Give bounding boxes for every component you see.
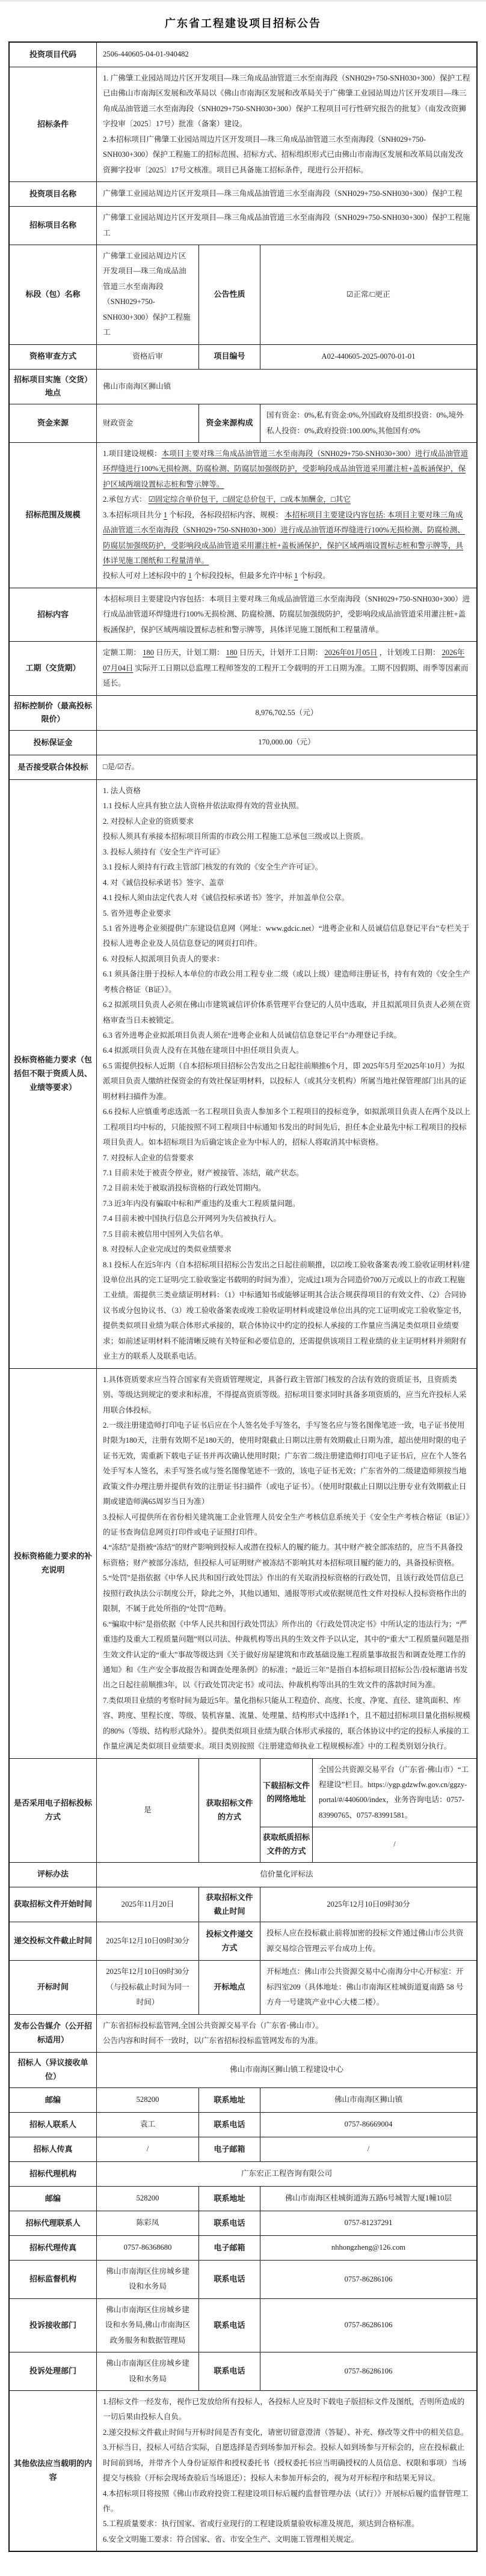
text-line: 佛山市南海区住房城乡建设和水务局,佛山市南海区政务服务和数据管理局 (103, 2303, 192, 2348)
cell-content: 佛山市南海区狮山镇 (103, 379, 470, 394)
row-label: 招标控制价（最高投标限价） (10, 696, 96, 731)
text-line: 6. 对投标人拟派项目负责人的要求： (103, 952, 470, 967)
cell-content: 2025年12月10日09时30分（与投标截止时间为同一时间） (103, 1964, 192, 2010)
text-line: 财政资金 (103, 416, 192, 431)
row-label: 招标项目实施（交货）地点 (10, 370, 96, 404)
cell-content: □是/☑否。 (103, 760, 470, 775)
text-line: 4.1 投标人须由法定代表人对《诚信投标承诺书》签字，并加盖单位公章。 (103, 891, 470, 906)
text-segment: ☑固定综合单价包干，□固定总价包干，□成本加酬金，□其它 (149, 495, 351, 504)
row-label-2: 开标地点 (198, 1961, 260, 2014)
row-value: 广佛肇工业园站周边片区开发项目—珠三角成品油管道三水至南海段（SNH029+75… (96, 207, 476, 245)
row-value: 定额工期： 180 日历天，计划工期： 180 日历天，计划开工日期： 2026… (96, 642, 476, 695)
row-value: □是/☑否。 (96, 755, 476, 779)
text-line: 佛山市南海区住房城乡建设和水务局 (103, 2356, 192, 2387)
row-value: 佛山市南海区狮山镇 (96, 370, 476, 404)
row-label: 资金来源 (10, 404, 96, 442)
text-line: 1.1 投标人应具有独立法人资格并依法取得有效的营业执照。 (103, 799, 470, 814)
text-line: 佛山市南海区狮山镇 (266, 2092, 470, 2107)
text-line: 2025年12月10日09时30分（与投标截止时间为同一时间） (103, 1964, 192, 2010)
text-segment: 日历天，计划开工日期： (238, 648, 325, 657)
row-label-2: 获取招标文件的方式 (198, 1759, 260, 1862)
text-line: / (103, 2142, 192, 2157)
row-label: 投标资格能力要求的补充说明 (10, 1369, 96, 1758)
cell-content: 投标人应在投标截止前将加密的投标文件通过佛山市公共资源交易综合管理云平台成功上传… (266, 1926, 470, 1956)
row-label: 投标资格能力要求（包括但不限于资质人员、业绩等要求） (10, 780, 96, 1368)
row-value-1: / (96, 2137, 198, 2161)
cell-content: 170,000.00（元） (103, 735, 470, 750)
cell-content: 广佛肇工业园站周边片区开发项目—珠三角成品油管道三水至南海段（SNH029+75… (103, 249, 192, 341)
row-label: 投诉接收部门 (10, 2299, 96, 2352)
text-line: 2025年11月20日 (103, 1897, 192, 1912)
text-line: 2.本招标项目广佛肇工业园站周边片区开发项目—珠三角成品油管道三水至南海段（SN… (103, 132, 470, 178)
text-line: 5.1 省外进粤企业须提供广东建设信息网（网址：www.gdcic.net）“进… (103, 921, 470, 952)
text-line: 6.6 投标人应慎重考虑选派一名工程项目负责人参加多个工程项目的投标竞争，如拟派… (103, 1104, 470, 1150)
row-label: 招标范围及规模 (10, 443, 96, 588)
document-access-subrow: 下载招标文件的网络地址全国公共资源交易平台（广东省·佛山市）“工程建设”栏目。h… (260, 1759, 476, 1827)
text-line: 2.一级注册建造师打印电子证书后应在个人签名处手写签名，手写签名应与签名图像笔迹… (103, 1418, 470, 1510)
row-document-obtain-time: 获取招标文件开始时间2025年11月20日获取招标文件截止时间2025年12月1… (10, 1887, 476, 1922)
text-line: A02-440605-2025-0070-01-01 (266, 349, 470, 364)
row-label-2: 资金来源构成 (198, 404, 260, 442)
row-tender-content: 招标内容本招标项目主要建设内容包括：本项目主要对珠三角成品油管道三水至南海段（S… (10, 588, 476, 641)
row-supervision-agency: 招标监督机构佛山市南海区住房城乡建设和水务局联系电话0757-86286106 (10, 2260, 476, 2298)
document-access-subtable: 下载招标文件的网络地址全国公共资源交易平台（广东省·佛山市）“工程建设”栏目。h… (260, 1759, 476, 1862)
row-consortium-bid: 是否接受联合体投标□是/☑否。 (10, 755, 476, 779)
text-line: 3.1 投标人须持有行政主管部门核发的有效的《安全生产许可证》。 (103, 860, 470, 875)
text-line: 0757-86286106 (266, 2364, 470, 2379)
text-line: 佛山市南海区狮山镇 (103, 379, 470, 394)
cell-content: 1. 广佛肇工业园站周边片区开发项目—珠三角成品油管道三水至南海段（SNH029… (103, 71, 470, 178)
text-line: 本招标项目主要建设内容包括：本项目主要对珠三角成品油管道三水至南海段（SNH02… (103, 592, 470, 638)
row-agency-fax: 招标代理传真0757-86368680电子邮箱nhhongzheng@126.c… (10, 2235, 476, 2260)
text-line: 7.3 近3年内没有骗取中标和严重违约及重大工程质量问题。 (103, 1196, 470, 1211)
text-line: 3.开标当日，投标人可结合实际，自愿选择是否到场参加开标会。投标人如到场参与开标… (103, 2440, 470, 2486)
row-label: 工期（交货期） (10, 642, 96, 695)
row-value-1: 袁工 (96, 2113, 198, 2137)
text-line: 全国公共资源交易平台（广东省·佛山市）“工程建设”栏目。https://ygp.… (319, 1762, 470, 1824)
row-value-2: 0757-86286106 (260, 2299, 476, 2352)
row-label-2: 项目编号 (198, 345, 260, 369)
row-label-2: 投标文件递交方式 (198, 1922, 260, 1960)
row-label-2: 联系电话 (198, 2211, 260, 2235)
text-line: 开标地点：佛山市公共资源交易中心南海分中心开标室：开标四室209（具体地址：佛山… (266, 1964, 470, 2010)
row-value-2: 0757-81237291 (260, 2211, 476, 2235)
cell-content: A02-440605-2025-0070-01-01 (266, 349, 470, 364)
row-value-1: 财政资金 (96, 404, 198, 442)
text-line: 1. 法人资格 (103, 784, 470, 799)
row-label: 是否接受联合体投标 (10, 755, 96, 779)
row-evaluation-method: 评标办法信价量化评标法 (10, 1862, 476, 1887)
text-line: 6.2 拟派项目负责人必须在佛山市建筑诚信评价体系管理平台登记的人员中选取，并且… (103, 997, 470, 1028)
text-line: 2.承包方式： ☑固定综合单价包干，□固定总价包干，□成本加酬金，□其它 (103, 492, 470, 507)
row-complaint-receiving: 投诉接收部门佛山市南海区住房城乡建设和水务局,佛山市南海区政务服务和数据管理局联… (10, 2298, 476, 2352)
cell-content: ☑正常/□更正 (266, 287, 470, 302)
text-line: 广东省招标投标监管网,全国公共资源交易平台（广东省·佛山市）。 (103, 2018, 470, 2033)
row-tenderer-fax: 招标人传真/电子邮箱/ (10, 2137, 476, 2161)
text-line: 佛山市南海区住房城乡建设和水务局 (103, 2264, 192, 2295)
cell-content: 1.项目建设规模：本项目主要对珠三角成品油管道三水至南海段（SNH029+750… (103, 446, 470, 584)
row-tenderer: 招标人（异议接收单位）佛山市南海区狮山镇工程建设中心 (10, 2052, 476, 2087)
text-line: □是/☑否。 (103, 760, 470, 775)
row-label: 发布公告媒介（公开招标适用） (10, 2015, 96, 2053)
row-label: 投资项目代码 (10, 43, 96, 67)
row-label: 投资项目名称 (10, 182, 96, 206)
row-value: 信价量化评标法 (96, 1863, 476, 1887)
cell-content: 佛山市南海区桂城街道海五路6号城智大厦1幢10层 (266, 2191, 470, 2206)
row-value: 8,976,702.55（元） (96, 696, 476, 731)
text-line: 6.1 须具备注册于投标人本单位的市政公用工程专业二级（或以上级）建造师注册证书… (103, 967, 470, 997)
text-line: 1.具体资质要求应当符合国家有关资质管理规定，具备行政主管部门核发的合法有效的资… (103, 1372, 470, 1418)
row-control-price: 招标控制价（最高投标限价）8,976,702.55（元） (10, 695, 476, 731)
row-label: 招标项目名称 (10, 207, 96, 245)
row-value-2: 0757-86286106 (260, 2261, 476, 2298)
text-line: 8. 对投标人企业完成过的类似业绩要求 (103, 1242, 470, 1257)
row-tenderer-postcode: 邮编528200联系地址佛山市南海区狮山镇 (10, 2087, 476, 2112)
row-bid-bond: 投标保证金170,000.00（元） (10, 730, 476, 755)
cell-content: 财政资金 (103, 416, 192, 431)
subrow-value: 全国公共资源交易平台（广东省·佛山市）“工程建设”栏目。https://ygp.… (312, 1759, 476, 1827)
row-electronic-bidding: 是否采用电子招标投标方式是获取招标文件的方式下载招标文件的网络地址全国公共资源交… (10, 1758, 476, 1862)
text-segment: 2.承包方式： (103, 495, 149, 504)
text-segment: 2026年01月05日 (324, 648, 377, 657)
text-line: 投标人须具有承接本招标项目所需的市政公用工程施工总承包三级或以上资质。 (103, 829, 470, 844)
text-line: 5.“处罚”是指依据《中华人民共和国行政处罚法》作出的有关取消投标资格的行政处罚… (103, 1571, 470, 1616)
row-announcement-media: 发布公告媒介（公开招标适用）广东省招标投标监管网,全国公共资源交易平台（广东省·… (10, 2014, 476, 2053)
row-value-2: nhhongzheng@126.com (260, 2236, 476, 2260)
row-bid-submission-deadline: 递交投标文件截止时间2025年12月10日09时30分投标文件递交方式投标人应在… (10, 1922, 476, 1960)
row-label: 投诉处理部门 (10, 2352, 96, 2390)
row-label: 标段（包）名称 (10, 245, 96, 344)
text-line: 170,000.00（元） (103, 735, 470, 750)
text-segment: 日历天，计划工期： (154, 648, 226, 657)
text-line: 广佛肇工业园站周边片区开发项目—珠三角成品油管道三水至南海段（SNH029+75… (103, 249, 192, 341)
cell-content: 佛山市南海区住房城乡建设和水务局,佛山市南海区政务服务和数据管理局 (103, 2303, 192, 2348)
text-segment: 3.本招标项目共分 (103, 511, 164, 519)
row-value-2: 开标地点：佛山市公共资源交易中心南海分中心开标室：开标四室209（具体地址：佛山… (260, 1961, 476, 2014)
row-value: 1.招标文件一经发布，视作已发放给所有投标人，各投标人应及时下载电子版招标文件及… (96, 2391, 476, 2551)
row-tender-conditions: 招标条件1. 广佛肇工业园站周边片区开发项目—珠三角成品油管道三水至南海段（SN… (10, 67, 476, 181)
text-line: 4.本招标项目将按照《佛山市政府投资工程建设项目标后履约监督管理办法（试行）》开… (103, 2486, 470, 2517)
cell-content: 2025年12月10日09时30分 (266, 1897, 470, 1912)
row-value-1: 广佛肇工业园站周边片区开发项目—珠三角成品油管道三水至南海段（SNH029+75… (96, 245, 198, 344)
row-scope-and-scale: 招标范围及规模1.项目建设规模：本项目主要对珠三角成品油管道三水至南海段（SNH… (10, 442, 476, 588)
text-segment: 个标段。 (298, 571, 330, 580)
text-segment: ，计划竣工日期： (378, 648, 442, 657)
cell-content: 本招标项目主要建设内容包括：本项目主要对珠三角成品油管道三水至南海段（SNH02… (103, 592, 470, 638)
row-value: 广佛肇工业园站周边片区开发项目—珠三角成品油管道三水至南海段（SNH029+75… (96, 182, 476, 206)
row-label: 开标时间 (10, 1961, 96, 2014)
cell-content: 佛山市南海区狮山镇工程建设中心 (103, 2062, 470, 2077)
row-value: 2506-440605-04-01-940482 (96, 43, 476, 67)
cell-content: 广东省招标投标监管网,全国公共资源交易平台（广东省·佛山市）。公告内容和时间不一… (103, 2018, 470, 2049)
text-line: 佛山市南海区狮山镇工程建设中心 (103, 2062, 470, 2077)
row-value-1: 2025年12月10日09时30分 (96, 1922, 198, 1960)
row-label-2: 联系电话 (198, 2352, 260, 2390)
row-label-2: 联系电话 (198, 2113, 260, 2137)
row-value-1: 528200 (96, 2187, 198, 2211)
text-line: 1.项目建设规模：本项目主要对珠三角成品油管道三水至南海段（SNH029+750… (103, 446, 470, 492)
text-line: 1. 广佛肇工业园站周边片区开发项目—珠三角成品油管道三水至南海段（SNH029… (103, 71, 470, 132)
cell-content: 0757-86286106 (266, 2272, 470, 2287)
row-label: 获取招标文件开始时间 (10, 1887, 96, 1922)
subrow-label: 下载招标文件的网络地址 (260, 1759, 312, 1827)
cell-content: 广佛肇工业园站周边片区开发项目—珠三角成品油管道三水至南海段（SNH029+75… (103, 210, 470, 241)
text-line: 3.本招标项目共分 1 个标段，各标段招标内容、规模： 本招标项目主要建设内容包… (103, 508, 470, 569)
cell-content: 0757-86286106 (266, 2364, 470, 2379)
row-value-1: 0757-86368680 (96, 2236, 198, 2260)
cell-content: nhhongzheng@126.com (266, 2240, 470, 2255)
text-line: 0757-86669004 (266, 2117, 470, 2132)
row-label-2: 联系地址 (198, 2088, 260, 2112)
row-label: 招标内容 (10, 588, 96, 641)
row-value-2: 国有资金：0%,私有资金:0%,外国政府及组织投资：0%,境外私人投资：0%,政… (260, 404, 476, 442)
cell-content: 2025年11月20日 (103, 1897, 192, 1912)
text-line: 是 (103, 1803, 192, 1818)
text-line: 5.工程质量要求：执行国家、省或行业现行的工程建设质量验收标准及规范，须达到合格… (103, 2517, 470, 2532)
subrow-label: 获取纸质招标文件的方式 (260, 1827, 312, 1862)
row-value-1: 陈彩凤 (96, 2211, 198, 2235)
text-line: 1.招标文件一经发布，视作已发放给所有投标人，各投标人应及时下载电子版招标文件及… (103, 2395, 470, 2425)
cell-content: 是 (103, 1803, 192, 1818)
row-other-content: 其他依法应当载明的内容1.招标文件一经发布，视作已发放给所有投标人，各投标人应及… (10, 2390, 476, 2551)
cell-content: / (103, 2142, 192, 2157)
text-line: 0757-86286106 (266, 2318, 470, 2333)
cell-content: 国有资金：0%,私有资金:0%,外国政府及组织投资：0%,境外私人投资：0%,政… (266, 408, 470, 439)
cell-content: 佛山市南海区住房城乡建设和水务局 (103, 2264, 192, 2295)
text-line: 0757-81237291 (266, 2215, 470, 2230)
text-line: 6.安全文明施工要求：符合国家、省、市安全生产、文明施工管理相关规定。 (103, 2532, 470, 2547)
cell-content: / (266, 2142, 470, 2157)
text-segment: 实际开工日期以总监理工程师签发的工程开工令载明的开工日期为准。工期不因假期、雨季… (103, 664, 469, 687)
row-agency: 招标代理机构广东宏正工程咨询有限公司 (10, 2161, 476, 2186)
text-line: 陈彩凤 (103, 2215, 192, 2230)
row-value: 1.项目建设规模：本项目主要对珠三角成品油管道三水至南海段（SNH029+750… (96, 443, 476, 588)
row-label: 其他依法应当载明的内容 (10, 2391, 96, 2551)
row-section-name: 标段（包）名称广佛肇工业园站周边片区开发项目—珠三角成品油管道三水至南海段（SN… (10, 245, 476, 344)
row-label-2: 获取招标文件截止时间 (198, 1887, 260, 1922)
row-value-2: 佛山市南海区桂城街道海五路6号城智大厦1幢10层 (260, 2187, 476, 2211)
text-line: 4. 对《诚信投标承诺书》签字、盖章 (103, 875, 470, 891)
text-line: 7.类似项目业绩的考察时间为最近5年。量化指标只能从工程造价、高度、长度、净宽、… (103, 1693, 470, 1755)
text-line: / (266, 2142, 470, 2157)
row-label: 招标代理联系人 (10, 2211, 96, 2235)
cell-content: 定额工期： 180 日历天，计划工期： 180 日历天，计划开工日期： 2026… (103, 645, 470, 691)
cell-content: 佛山市南海区狮山镇 (266, 2092, 470, 2107)
text-line: 528200 (103, 2092, 192, 2107)
row-label: 招标代理机构 (10, 2162, 96, 2186)
row-agency-postcode: 邮编528200联系地址佛山市南海区桂城街道海五路6号城智大厦1幢10层 (10, 2186, 476, 2211)
text-line: ☑正常/□更正 (266, 287, 470, 302)
row-delivery-location: 招标项目实施（交货）地点佛山市南海区狮山镇 (10, 369, 476, 404)
text-line: 2025年12月10日09时30分 (266, 1897, 470, 1912)
row-complaint-handling: 投诉处理部门佛山市南海区住房城乡建设和水务局联系电话0757-86286106 (10, 2352, 476, 2390)
text-line: 6.3 省外进粤企业拟派项目负责人须在“进粤企业和人员诚信信息登记平台”办理登记… (103, 1028, 470, 1043)
text-line: 7.1 目前未处于被责令停业，财产被接管、冻结，破产状态。 (103, 1166, 470, 1181)
text-segment: 个标段，各标段招标内容、规模： (167, 511, 285, 519)
cell-content: 0757-86368680 (103, 2240, 192, 2255)
cell-content: 开标地点：佛山市公共资源交易中心南海分中心开标室：开标四室209（具体地址：佛山… (266, 1964, 470, 2010)
row-value: 本招标项目主要建设内容包括：本项目主要对珠三角成品油管道三水至南海段（SNH02… (96, 588, 476, 641)
row-construction-period: 工期（交货期）定额工期： 180 日历天，计划工期： 180 日历天，计划开工日… (10, 641, 476, 695)
text-line: 3.投标人可提供所在省份相关建筑施工企业管理人员安全生产考核信息系统关于《安全生… (103, 1510, 470, 1541)
row-value-1: 佛山市南海区住房城乡建设和水务局 (96, 2261, 198, 2298)
text-segment: 个标段投标，但最多允许中标 (192, 571, 294, 580)
cell-content: 广东宏正工程咨询有限公司 (103, 2166, 470, 2181)
cell-content: 528200 (103, 2092, 192, 2107)
row-label: 投标保证金 (10, 731, 96, 755)
row-label: 招标条件 (10, 67, 96, 181)
row-value-2: 0757-86669004 (260, 2113, 476, 2137)
row-investment-project-code: 投资项目代码2506-440605-04-01-940482 (10, 43, 476, 67)
text-line: 6.“骗取中标”是指依据《中华人民共和国行政处罚法》所作出的《行政处罚决定书》中… (103, 1617, 470, 1693)
cell-content: 8,976,702.55（元） (103, 705, 470, 720)
cell-content: 陈彩凤 (103, 2215, 192, 2230)
text-segment: 180 (226, 648, 238, 657)
row-label: 招标监督机构 (10, 2261, 96, 2298)
row-label-2: 电子邮箱 (198, 2137, 260, 2161)
row-label: 招标人联系人 (10, 2113, 96, 2137)
cell-content: 2506-440605-04-01-940482 (103, 47, 470, 62)
cell-content: 广佛肇工业园站周边片区开发项目—珠三角成品油管道三水至南海段（SNH029+75… (103, 186, 470, 201)
cell-content: 全国公共资源交易平台（广东省·佛山市）“工程建设”栏目。https://ygp.… (319, 1762, 470, 1824)
subrow-value: / (312, 1827, 476, 1862)
row-qualification-supplementary-notes: 投标资格能力要求的补充说明1.具体资质要求应当符合国家有关资质管理规定，具备行政… (10, 1368, 476, 1758)
text-line: 公告内容和时间不一致时，以广东省招标投标监管网发布的为准。 (103, 2033, 470, 2048)
cell-content: 佛山市南海区住房城乡建设和水务局 (103, 2356, 192, 2387)
row-bidder-qualification-requirements: 投标资格能力要求（包括但不限于资质人员、业绩等要求）1. 法人资格1.1 投标人… (10, 779, 476, 1368)
row-value-1: 是 (96, 1759, 198, 1862)
row-value-2: 2025年12月10日09时30分 (260, 1887, 476, 1922)
row-value-2: 投标人应在投标截止前将加密的投标文件通过佛山市公共资源交易综合管理云平台成功上传… (260, 1922, 476, 1960)
text-line: 2. 对投标人企业的资质要求 (103, 814, 470, 829)
cell-content: 0757-86669004 (266, 2117, 470, 2132)
text-line: 8,976,702.55（元） (103, 705, 470, 720)
text-line: 7. 对投标人企业的信誉要求 (103, 1151, 470, 1166)
row-label-2: 电子邮箱 (198, 2236, 260, 2260)
row-label-2: 公告性质 (198, 245, 260, 344)
text-line: / (319, 1837, 470, 1852)
text-line: 定额工期： 180 日历天，计划工期： 180 日历天，计划开工日期： 2026… (103, 645, 470, 691)
text-line: 广佛肇工业园站周边片区开发项目—珠三角成品油管道三水至南海段（SNH029+75… (103, 186, 470, 201)
row-value: 广东宏正工程咨询有限公司 (96, 2162, 476, 2186)
announcement-table: 投资项目代码2506-440605-04-01-940482招标条件1. 广佛肇… (8, 41, 478, 2552)
text-line: 信价量化评标法 (103, 1867, 470, 1882)
text-segment: 1.项目建设规模： (103, 449, 162, 458)
text-line: 5. 省外进粤企业要求 (103, 906, 470, 921)
row-label: 邮编 (10, 2187, 96, 2211)
page-root: 广东省工程建设项目招标公告 投资项目代码2506-440605-04-01-94… (0, 2, 486, 2576)
row-agency-contact: 招标代理联系人陈彩凤联系电话0757-81237291 (10, 2211, 476, 2235)
cell-content: 信价量化评标法 (103, 1867, 470, 1882)
row-value: 1. 广佛肇工业园站周边片区开发项目—珠三角成品油管道三水至南海段（SNH029… (96, 67, 476, 181)
row-value: 1. 法人资格1.1 投标人应具有独立法人资格并依法取得有效的营业执照。2. 对… (96, 780, 476, 1368)
cell-content: 资格后审 (103, 349, 192, 364)
row-label: 邮编 (10, 2088, 96, 2112)
row-value-2: ☑正常/□更正 (260, 245, 476, 344)
row-value-1: 2025年11月20日 (96, 1887, 198, 1922)
row-tenderer-contact: 招标人联系人袁工联系电话0757-86669004 (10, 2112, 476, 2137)
row-value: 1.具体资质要求应当符合国家有关资质管理规定，具备行政主管部门核发的合法有效的资… (96, 1369, 476, 1758)
cell-content: 0757-81237291 (266, 2215, 470, 2230)
row-value: 广东省招标投标监管网,全国公共资源交易平台（广东省·佛山市）。公告内容和时间不一… (96, 2015, 476, 2053)
row-value-1: 资格后审 (96, 345, 198, 369)
text-segment: 定额工期： (103, 648, 143, 657)
row-label: 招标人（异议接收单位） (10, 2053, 96, 2087)
text-line: 7.5 目前未被信用中国列入失信名单。 (103, 1227, 470, 1242)
row-value-2: / (260, 2137, 476, 2161)
cell-content: / (319, 1837, 470, 1852)
row-qualification-review: 资格审查方式资格后审项目编号A02-440605-2025-0070-01-01 (10, 344, 476, 369)
text-line: 7.2 目前未处于被取消投标资格的行政处罚期内。 (103, 1181, 470, 1196)
text-line: 投标人可对上述标段中的 1 个标段投标，但最多允许中标 1 个标段。 (103, 568, 470, 583)
row-label-2: 联系地址 (198, 2187, 260, 2211)
text-line: 6.5 需提供投标人近期（自本招标项目招标公告发出之日起往前顺推6个月，即 20… (103, 1059, 470, 1104)
text-segment: 投标人可对上述标段中的 (103, 571, 188, 580)
row-label: 递交投标文件截止时间 (10, 1922, 96, 1960)
row-bid-opening: 开标时间2025年12月10日09时30分（与投标截止时间为同一时间）开标地点开… (10, 1960, 476, 2014)
text-segment: 180 (143, 648, 154, 657)
text-line: 7.4 目前未被中国执行信息公开网列为失信被执行人。 (103, 1211, 470, 1226)
row-value-1: 佛山市南海区住房城乡建设和水务局 (96, 2352, 198, 2390)
row-value-1: 佛山市南海区住房城乡建设和水务局,佛山市南海区政务服务和数据管理局 (96, 2299, 198, 2352)
cell-content: 0757-86286106 (266, 2318, 470, 2333)
row-investment-project-name: 投资项目名称广佛肇工业园站周边片区开发项目—珠三角成品油管道三水至南海段（SNH… (10, 181, 476, 206)
text-line: 4.“冻结”是指被“冻结”的财产影响到投标人或潜在投标人的履约能力。其中财产被全… (103, 1540, 470, 1571)
row-tender-project-name: 招标项目名称广佛肇工业园站周边片区开发项目—珠三角成品油管道三水至南海段（SNH… (10, 206, 476, 245)
row-label-2: 联系电话 (198, 2261, 260, 2298)
row-value-2: 佛山市南海区狮山镇 (260, 2088, 476, 2112)
row-value-1: 2025年12月10日09时30分（与投标截止时间为同一时间） (96, 1961, 198, 2014)
text-line: 2506-440605-04-01-940482 (103, 47, 470, 62)
row-label: 资格审查方式 (10, 345, 96, 369)
text-line: 袁工 (103, 2117, 192, 2132)
cell-content: 1.招标文件一经发布，视作已发放给所有投标人，各投标人应及时下载电子版招标文件及… (103, 2395, 470, 2547)
text-line: 资格后审 (103, 349, 192, 364)
text-line: nhhongzheng@126.com (266, 2240, 470, 2255)
row-value: 佛山市南海区狮山镇工程建设中心 (96, 2053, 476, 2087)
cell-content: 528200 (103, 2191, 192, 2206)
row-label: 招标代理传真 (10, 2236, 96, 2260)
cell-content: 1. 法人资格1.1 投标人应具有独立法人资格并依法取得有效的营业执照。2. 对… (103, 784, 470, 1365)
row-label-2: 联系电话 (198, 2299, 260, 2352)
row-value-2: A02-440605-2025-0070-01-01 (260, 345, 476, 369)
text-line: 8.1 投标人在近5年内（自本招标项目招标公告发出之日起往前顺推，以☑竣工验收备… (103, 1258, 470, 1365)
text-line: 国有资金：0%,私有资金:0%,外国政府及组织投资：0%,境外私人投资：0%,政… (266, 408, 470, 439)
cell-content: 袁工 (103, 2117, 192, 2132)
text-line: 0757-86286106 (266, 2272, 470, 2287)
text-line: 2.递交投标文件截止时间与开标时间是否有变化，请密切留意澄清（答疑）、补充、修改… (103, 2425, 470, 2440)
row-label: 招标人传真 (10, 2137, 96, 2161)
text-line: 投标人应在投标截止前将加密的投标文件通过佛山市公共资源交易综合管理云平台成功上传… (266, 1926, 470, 1956)
document-access-subrow: 获取纸质招标文件的方式/ (260, 1827, 476, 1862)
cell-content: 1.具体资质要求应当符合国家有关资质管理规定，具备行政主管部门核发的合法有效的资… (103, 1372, 470, 1755)
row-value-1: 528200 (96, 2088, 198, 2112)
cell-content: 2025年12月10日09时30分 (103, 1934, 192, 1949)
text-line: 广东宏正工程咨询有限公司 (103, 2166, 470, 2181)
text-line: 528200 (103, 2191, 192, 2206)
text-line: 2025年12月10日09时30分 (103, 1934, 192, 1949)
row-label: 评标办法 (10, 1863, 96, 1887)
text-line: 6.4 拟派项目负责人没有在其他在建项目中担任项目负责人。 (103, 1043, 470, 1058)
page-title: 广东省工程建设项目招标公告 (0, 15, 486, 31)
text-line: 佛山市南海区桂城街道海五路6号城智大厦1幢10层 (266, 2191, 470, 2206)
row-value: 170,000.00（元） (96, 731, 476, 755)
row-value-2: 0757-86286106 (260, 2352, 476, 2390)
text-line: 3. 投标人须持有《安全生产许可证》 (103, 845, 470, 860)
row-fund-source: 资金来源财政资金资金来源构成国有资金：0%,私有资金:0%,外国政府及组织投资：… (10, 404, 476, 442)
text-line: 0757-86368680 (103, 2240, 192, 2255)
row-label: 是否采用电子招标投标方式 (10, 1759, 96, 1862)
